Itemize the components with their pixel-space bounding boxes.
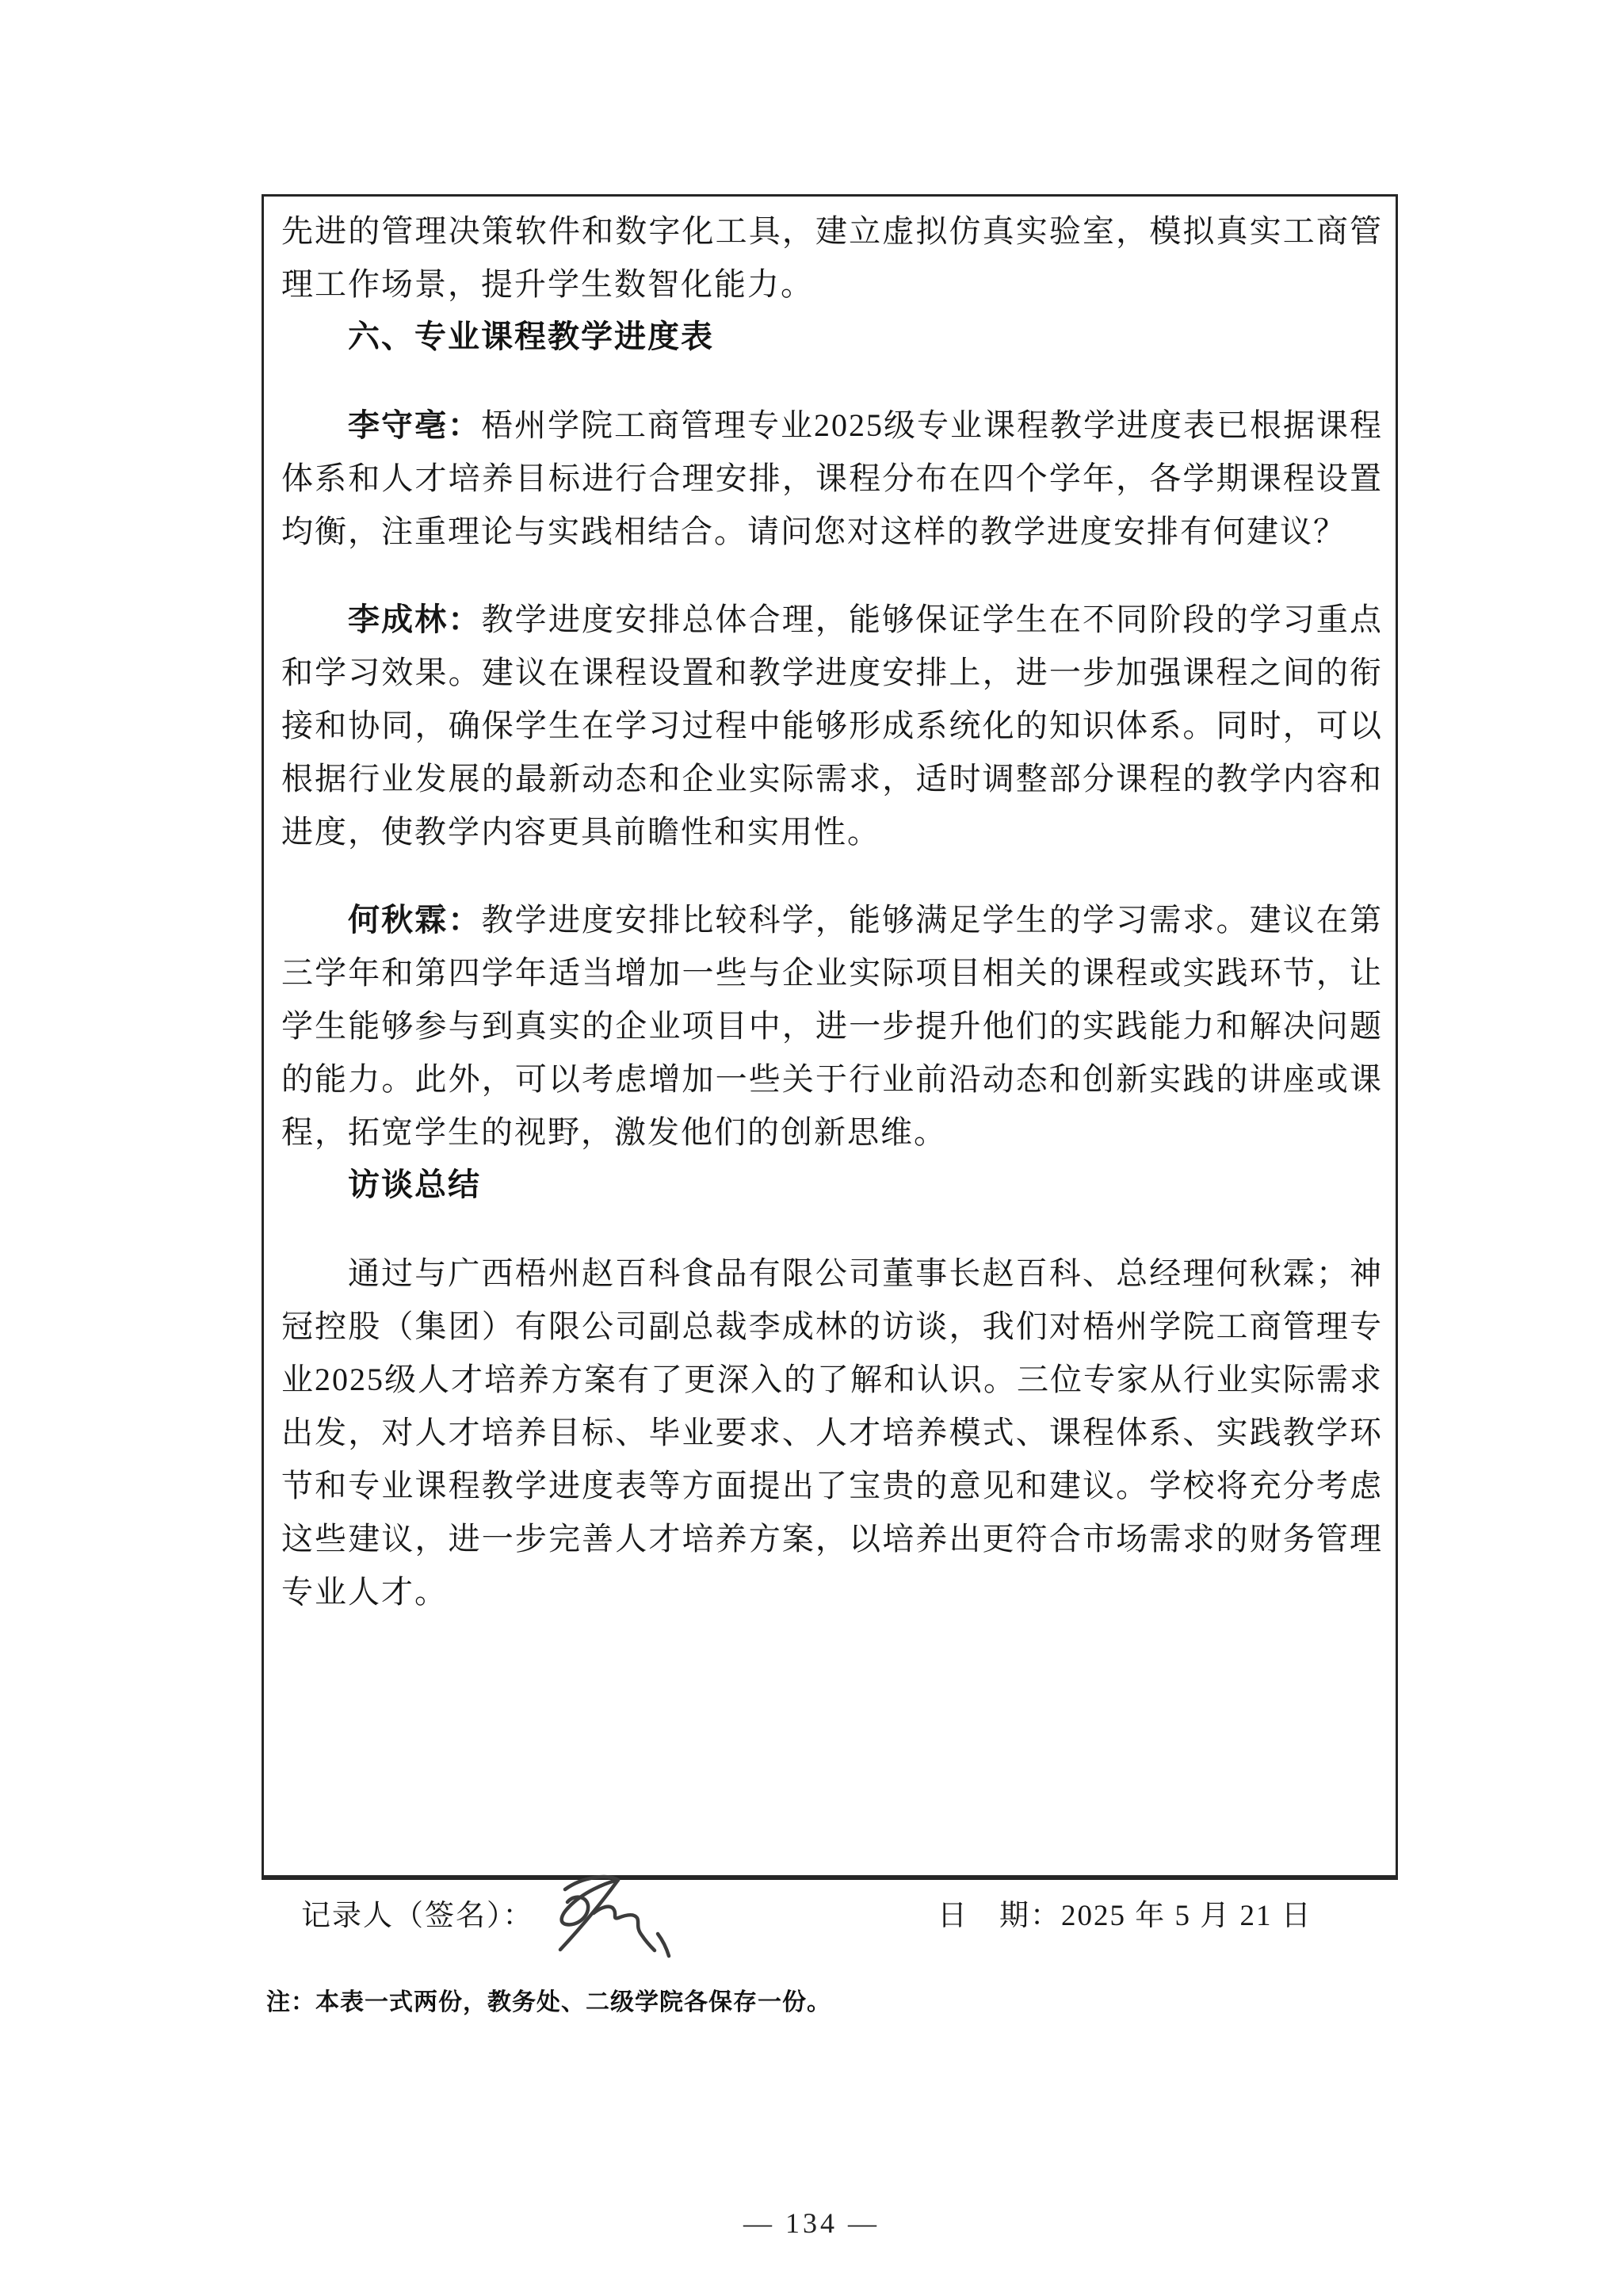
document-page: 先进的管理决策软件和数字化工具，建立虚拟仿真实验室，模拟真实工商管理工作场景，提…	[0, 0, 1623, 2296]
recorder-signature-label: 记录人（签名）：	[301, 1899, 534, 1934]
speaker-name: 李成林：	[348, 602, 482, 637]
speaker-name: 李守亳：	[348, 407, 481, 443]
speech-text: 教学进度安排总体合理，能够保证学生在不同阶段的学习重点和学习效果。建议在课程设置…	[281, 602, 1383, 850]
qa-paragraph: 李守亳：梧州学院工商管理专业2025级专业课程教学进度表已根据课程体系和人才培养…	[281, 399, 1383, 558]
intro-continuation-paragraph: 先进的管理决策软件和数字化工具，建立虚拟仿真实验室，模拟真实工商管理工作场景，提…	[281, 204, 1383, 311]
handwritten-signature	[541, 1872, 684, 1983]
footer-note: 注：本表一式两份，教务处、二级学院各保存一份。	[266, 1988, 831, 2018]
section-heading: 六、专业课程教学进度表	[281, 311, 1383, 364]
speech-text: 教学进度安排比较科学，能够满足学生的学习需求。建议在第三学年和第四学年适当增加一…	[281, 902, 1383, 1150]
record-table-cell: 先进的管理决策软件和数字化工具，建立虚拟仿真实验室，模拟真实工商管理工作场景，提…	[262, 194, 1398, 1880]
summary-heading: 访谈总结	[281, 1159, 1383, 1212]
qa-paragraph: 李成林：教学进度安排总体合理，能够保证学生在不同阶段的学习重点和学习效果。建议在…	[281, 593, 1383, 858]
speaker-name: 何秋霖：	[348, 902, 482, 938]
qa-paragraph: 何秋霖：教学进度安排比较科学，能够满足学生的学习需求。建议在第三学年和第四学年适…	[281, 893, 1383, 1159]
date-label: 日 期：2025 年 5 月 21 日	[938, 1899, 1312, 1934]
summary-paragraph: 通过与广西梧州赵百科食品有限公司董事长赵百科、总经理何秋霖；神冠控股（集团）有限…	[281, 1247, 1383, 1618]
signature-scribble-icon	[541, 1872, 684, 1983]
page-number: — 134 —	[0, 2206, 1623, 2240]
